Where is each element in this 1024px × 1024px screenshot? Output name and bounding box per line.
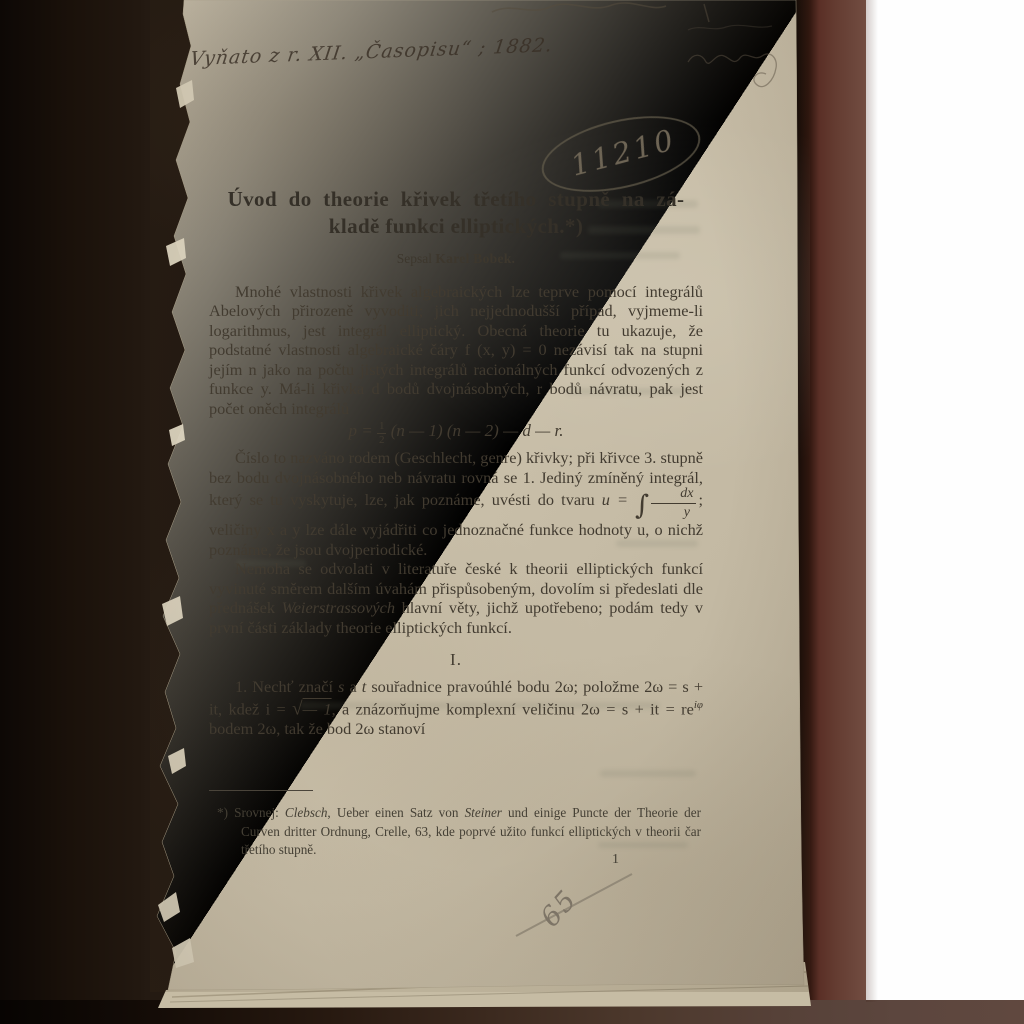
byline: Sepsal Karel Bobek.	[209, 249, 703, 269]
formula-rhs: (n — 1) (n — 2) — d — r.	[386, 421, 563, 440]
paragraph-2: Číslo to nazváno rodem (Geschlecht, genr…	[209, 448, 703, 559]
exponent: iφ	[694, 699, 703, 711]
radical-sign: √	[292, 698, 302, 719]
paragraph-4: 1. Nechť značí s a t souřadnice pravoúhl…	[209, 677, 703, 739]
article-title-line1: Úvod do theorie křivek třetího stupně na…	[209, 186, 703, 213]
emphasis-weierstrass: Weierstrassových	[282, 598, 395, 617]
library-stamp-number: 11210	[567, 122, 679, 183]
formula-fraction: 12	[377, 421, 387, 446]
footnote: *) Srovnej: Clebsch, Ueber einen Satz vo…	[209, 804, 701, 860]
footnote-rule	[209, 790, 313, 791]
paragraph-4-text2: a	[344, 677, 361, 696]
page-number: 1	[612, 852, 619, 868]
article-title: Úvod do theorie křivek třetího stupně na…	[209, 186, 703, 240]
article-title-line2: kladě funkci elliptických.*)	[209, 213, 703, 240]
book-cover-bottom-edge	[0, 1000, 1024, 1024]
scanned-book-photo: Úvod do theorie křivek třetího stupně na…	[0, 0, 1024, 1024]
display-formula: p = 12 (n — 1) (n — 2) — d — r.	[209, 421, 703, 446]
footnote-text2: , Ueber einen Satz von	[327, 805, 464, 820]
emphasis-clebsch: Clebsch	[285, 805, 328, 820]
radicand: — 1	[303, 699, 332, 718]
paragraph-4-text5: bodem 2ω, tak že bod 2ω stanoví	[209, 719, 425, 738]
formula-lhs: p =	[348, 421, 376, 440]
byline-prefix: Sepsal	[397, 251, 436, 266]
section-heading: I.	[209, 650, 703, 670]
cover-cast-shadow	[866, 0, 878, 1002]
paragraph-1: Mnohé vlastnosti křivek algebraických lz…	[209, 282, 703, 419]
footnote-marker: *)	[217, 805, 234, 820]
integral-sign: ∫	[635, 490, 649, 521]
inline-fraction: dxy	[651, 487, 696, 520]
emphasis-steiner: Steiner	[465, 805, 502, 820]
footnote-block: *) Srovnej: Clebsch, Ueber einen Satz vo…	[209, 790, 701, 873]
paragraph-4-text4: , a znázorňujme komplexní veličinu 2ω = …	[332, 699, 694, 718]
footnote-text: Srovnej:	[234, 805, 285, 820]
inline-formula-u: u =	[602, 490, 635, 509]
byline-author: Karel Bobek.	[435, 251, 515, 266]
paragraph-3: Nemoha se odvolati v literatuře české k …	[209, 559, 703, 637]
paragraph-4-text: 1. Nechť značí	[235, 677, 338, 696]
article: Úvod do theorie křivek třetího stupně na…	[209, 186, 703, 738]
